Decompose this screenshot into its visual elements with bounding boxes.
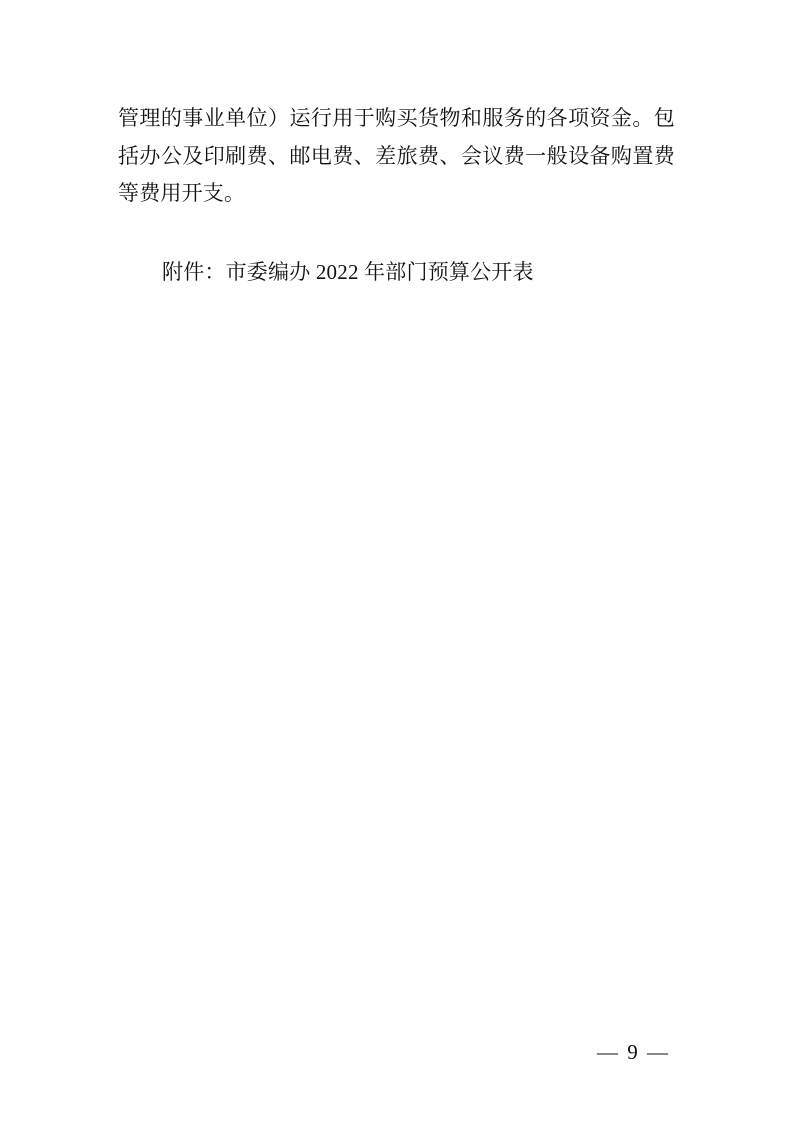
- paragraph-line-2: 括办公及印刷费、邮电费、差旅费、会议费一般设备购置费: [118, 138, 675, 176]
- paragraph-line-3: 等费用开支。: [118, 175, 675, 213]
- page-number: — 9 —: [597, 1040, 670, 1064]
- paragraph-line-1: 管理的事业单位）运行用于购买货物和服务的各项资金。包: [118, 100, 675, 138]
- document-page: 管理的事业单位）运行用于购买货物和服务的各项资金。包 括办公及印刷费、邮电费、差…: [0, 0, 793, 1122]
- attachment-line: 附件：市委编办 2022 年部门预算公开表: [118, 254, 675, 292]
- body-paragraph: 管理的事业单位）运行用于购买货物和服务的各项资金。包 括办公及印刷费、邮电费、差…: [118, 100, 675, 213]
